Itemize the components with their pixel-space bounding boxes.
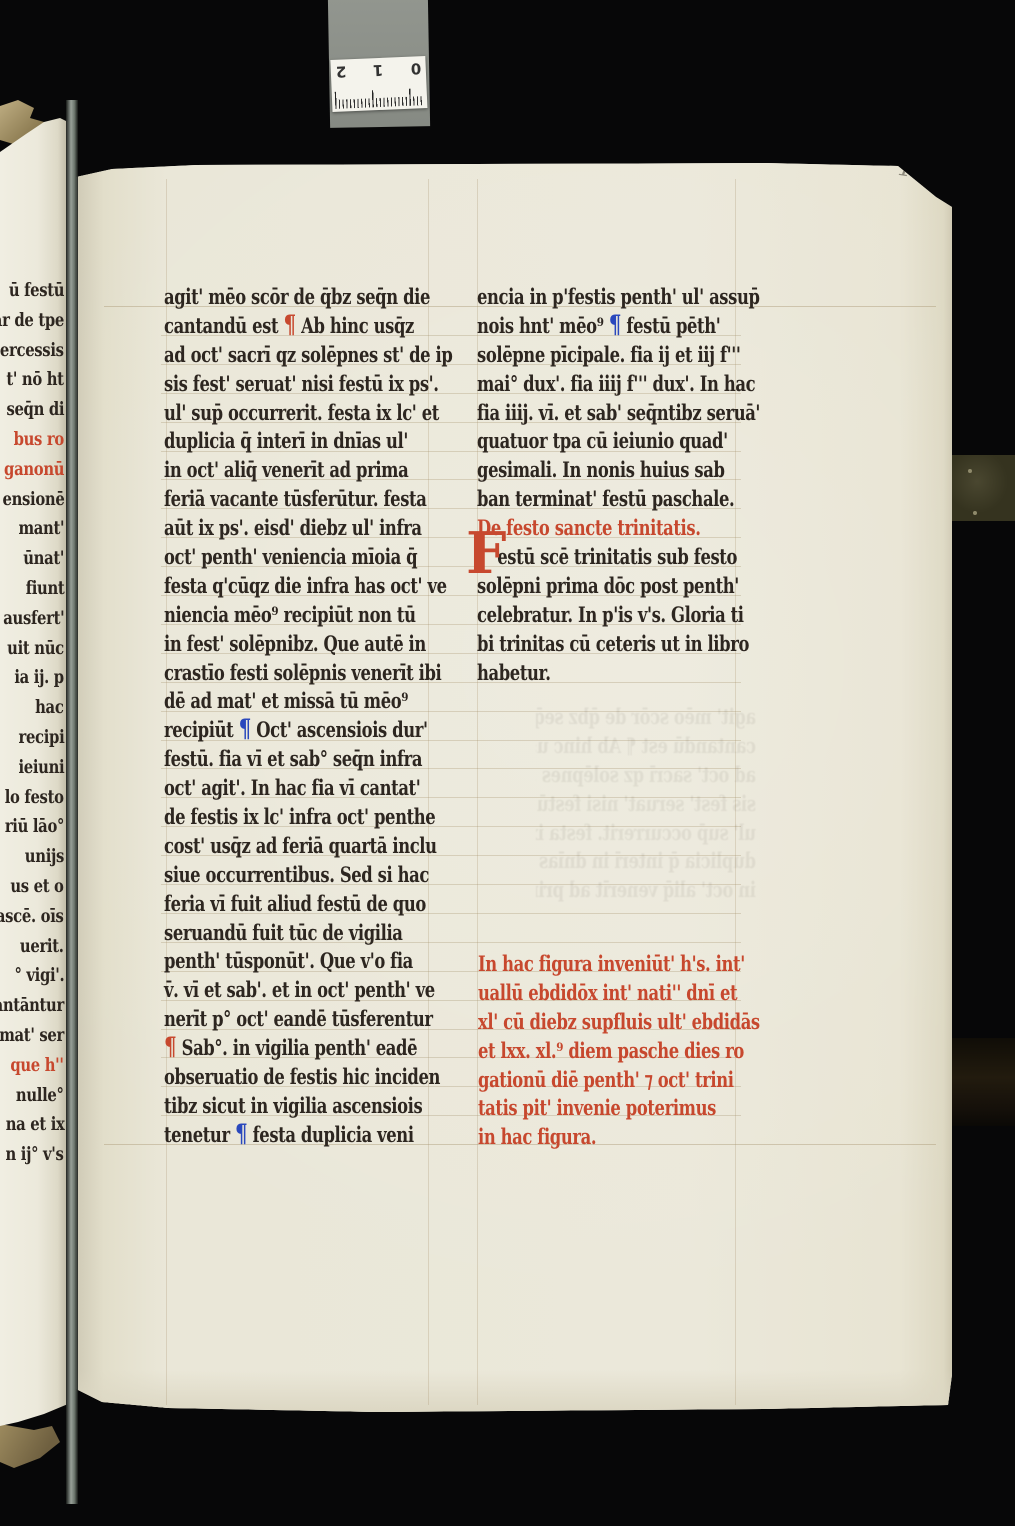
text-line: crastīo festi solēpnis venerīt ibi	[164, 659, 452, 688]
text-run: penth' tūsponūt'. Que v'o fia	[164, 948, 413, 973]
text-line: solēpni prima dōc post penth'	[477, 572, 760, 601]
text-line: obseruatio de festis hic inciden	[164, 1063, 452, 1092]
facing-page-edge: ū festūar de tpeercessist' nō htseq̄n di…	[0, 104, 68, 1436]
text-line: ū festū	[0, 276, 66, 306]
text-line: siue occurrentibus. Sed si hac	[164, 861, 452, 890]
binding-clasp-upper	[952, 455, 1015, 521]
bleed-through-line: agit' mēo scōr de q̄bz seq̄n die	[536, 703, 756, 732]
text-line: dē ad mat' et missā tū mēo⁹	[164, 687, 452, 716]
text-line: in hac figura.	[478, 1123, 760, 1152]
text-run: niencia mēo⁹ recipiūt non tū	[164, 602, 416, 627]
text-run: ausfert'	[3, 604, 64, 634]
text-run: quatuor tpa cū ieiunio quad'	[477, 428, 728, 453]
text-line: ūnat'	[0, 544, 66, 574]
text-line: aūt ix ps'. eisd' diebz ul' infra	[164, 514, 452, 543]
text-line: tatis pit' invenie poterimus	[478, 1094, 760, 1123]
text-line: na et ix	[0, 1110, 66, 1140]
bleed-through-line: ad oct' sacrī qz solēpnes st' de ip	[536, 761, 756, 790]
text-line: in oct' aliq̄ venerīt ad prima	[164, 456, 452, 485]
text-line: solēpne pīcipale. fia ij et iij f'''	[477, 341, 760, 370]
text-run: xl' cū diebz supfluis ult' ebdidās	[478, 1009, 760, 1034]
text-line: celebratur. In p'is v's. Gloria ti	[477, 601, 760, 630]
text-run: in fest' solēpnibz. Que autē in	[164, 631, 426, 656]
text-run: uerit.	[20, 932, 64, 962]
text-line: et lxx. xl.⁹ diem pasche dies ro	[478, 1037, 760, 1066]
text-line: ercessis	[0, 336, 66, 366]
text-run: Sab°. in vigilia penth' eadē	[176, 1035, 417, 1060]
text-line: recipi	[0, 723, 66, 753]
text-run: celebratur. In p'is v's. Gloria ti	[477, 602, 744, 627]
text-run: uallū ebdidōx int' nati'' dnī et	[478, 980, 737, 1005]
text-run: habetur.	[477, 660, 551, 685]
text-run: Oct' ascensiois dur'	[251, 717, 428, 742]
text-run: gesimali. In nonis huius sab	[477, 457, 725, 482]
text-run: dē ad mat' et missā tū mēo⁹	[164, 688, 408, 713]
grey-reference-card: 2 1 0	[328, 0, 430, 128]
text-line: in fest' solēpnibz. Que autē in	[164, 630, 452, 659]
text-line: n ij° v's	[0, 1140, 66, 1170]
text-line: de festis ix lc' infra oct' penthe	[164, 803, 452, 832]
text-run: ūnat'	[23, 544, 64, 574]
text-line: oct' agit'. In hac fia vī cantat'	[164, 774, 452, 803]
text-line: recipiūt ¶ Oct' ascensiois dur'	[164, 716, 452, 745]
text-line: niencia mēo⁹ recipiūt non tū	[164, 601, 452, 630]
bleed-through-line: in oct' aliq̄ venerīt ad prima	[536, 876, 756, 905]
text-line: ¶ Sab°. in vigilia penth' eadē	[164, 1034, 452, 1063]
text-line: habetur.	[477, 659, 760, 688]
text-line: festū. fia vī et sab° seq̄n infra	[164, 745, 452, 774]
text-line: festa q'cūqz die infra has oct' ve	[164, 572, 452, 601]
text-run: ieiuni	[18, 753, 64, 783]
rivet-icon	[968, 469, 972, 473]
text-run: solēpni prima dōc post penth'	[477, 573, 739, 598]
facing-page-text-fragments: ū festūar de tpeercessist' nō htseq̄n di…	[0, 276, 66, 1170]
blue-paraph-icon: ¶	[239, 714, 251, 744]
text-line: De festo sancte trinitatis.	[477, 514, 760, 543]
text-line: seruandū fuit tūc de vigilia	[164, 919, 452, 948]
text-run: feria vī fuit aliud festū de quo	[164, 891, 426, 916]
text-run: ar de tpe	[0, 306, 64, 336]
text-run: ban terminat' festū paschale.	[477, 486, 734, 511]
text-run: De festo sancte trinitatis.	[477, 515, 701, 540]
text-run: seruandū fuit tūc de vigilia	[164, 920, 403, 945]
text-run: aūt ix ps'. eisd' diebz ul' infra	[164, 515, 422, 540]
text-line: unijs	[0, 842, 66, 872]
text-line: cost' usq̄z ad feriā quartā inclu	[164, 832, 452, 861]
text-line: mant'	[0, 514, 66, 544]
ruler-number-0: 0	[410, 59, 421, 77]
text-run: riū lāo°	[5, 812, 64, 842]
text-line: estū scē trinitatis sub festo	[477, 543, 760, 572]
text-run: estū scē trinitatis sub festo	[497, 544, 737, 569]
text-line: seq̄n di	[0, 395, 66, 425]
text-run: cost' usq̄z ad feriā quartā inclu	[164, 833, 437, 858]
text-line: ausfert'	[0, 604, 66, 634]
text-run: antāntur	[0, 991, 64, 1021]
ruler-number-1: 1	[373, 61, 384, 79]
text-line: ar de tpe	[0, 306, 66, 336]
text-line: ° vigi'.	[0, 961, 66, 991]
text-line: nulle°	[0, 1081, 66, 1111]
text-line: tibz sicut in vigilia ascensiois	[164, 1092, 452, 1121]
text-run: solēpne pīcipale. fia ij et iij f'''	[477, 342, 741, 367]
text-line: cantandū est ¶ Ab hinc usq̄z	[164, 312, 452, 341]
red-paraph-icon: ¶	[164, 1032, 176, 1062]
text-run: lo festo	[5, 783, 64, 813]
text-run: uit nūc	[7, 634, 64, 664]
text-line: mat' ser	[0, 1021, 66, 1051]
text-run: recipi	[18, 723, 64, 753]
text-line: ascē. oīs	[0, 902, 66, 932]
text-run: oct' penth' veniencia mīoia q̄	[164, 544, 417, 569]
text-run: ensionē	[2, 485, 64, 515]
text-line: sis fest' seruat' nisi festū ix ps'.	[164, 370, 452, 399]
text-line: ul' sup̄ occurrerit. festa ix lc' et	[164, 399, 452, 428]
text-line: fia iiij. vī. et sab' seq̄ntibz seruā'	[477, 399, 760, 428]
text-line: que h''	[0, 1051, 66, 1081]
text-line: us et o	[0, 872, 66, 902]
text-line: ban terminat' festū paschale.	[477, 485, 760, 514]
text-run: que h''	[11, 1051, 64, 1081]
decorated-initial: F	[466, 525, 506, 582]
text-line: bus ro	[0, 425, 66, 455]
text-line: oct' penth' veniencia mīoia q̄	[164, 543, 452, 572]
text-line: ganonū	[0, 455, 66, 485]
text-line: antāntur	[0, 991, 66, 1021]
book-edge-fragment	[0, 1424, 60, 1472]
text-run: bi trinitas cū ceteris ut in libro	[477, 631, 749, 656]
text-line: ieiuni	[0, 753, 66, 783]
text-line: t' nō ht	[0, 365, 66, 395]
text-line: gationū diē penth' ⁊ oct' trini	[478, 1066, 760, 1095]
text-line: hac	[0, 693, 66, 723]
text-line: encia in p'festis penth' ul' assup̄	[477, 283, 760, 312]
text-run: feriā vacante tūsferūtur. festa	[164, 486, 426, 511]
text-line: nerīt p° oct' eandē tūsferentur	[164, 1005, 452, 1034]
text-run: in hac figura.	[478, 1124, 596, 1149]
text-line: feriā vacante tūsferūtur. festa	[164, 485, 452, 514]
text-line: feria vī fuit aliud festū de quo	[164, 890, 452, 919]
bleed-through-line: ul' sup̄ occurrerit. festa ix lc' et	[536, 819, 756, 848]
manuscript-page: agit' mēo scōr de q̄bz seq̄n diecantandū…	[76, 163, 952, 1412]
gutter-rod	[66, 100, 78, 1504]
red-rubric-note: In hac figura inveniūt' h's. int'uallū e…	[478, 950, 839, 1152]
bleed-through-line: cantandū est ¶ Ab hinc usq̄z	[536, 732, 756, 761]
text-run: Ab hinc usq̄z	[296, 313, 414, 338]
text-run: festa duplicia veni	[247, 1122, 413, 1147]
text-run: ad oct' sacrī qz solēpnes st' de ip	[164, 342, 452, 367]
text-run: tenetur	[164, 1122, 235, 1147]
text-run: mai° dux'. fia iiij f''' dux'. In hac	[477, 371, 755, 396]
rivet-icon	[973, 511, 977, 515]
text-run: fiunt	[25, 574, 64, 604]
text-line: ensionē	[0, 485, 66, 515]
text-run: crastīo festi solēpnis venerīt ibi	[164, 660, 441, 685]
folio-number: 17	[896, 155, 929, 185]
blue-paraph-icon: ¶	[609, 310, 621, 340]
text-line: uallū ebdidōx int' nati'' dnī et	[478, 979, 760, 1008]
text-line: uerit.	[0, 932, 66, 962]
text-line: ad oct' sacrī qz solēpnes st' de ip	[164, 341, 452, 370]
text-run: recipiūt	[164, 717, 239, 742]
text-run: v̄. vī et sab'. et in oct' penth' ve	[164, 977, 435, 1002]
text-run: gationū diē penth' ⁊ oct' trini	[478, 1067, 734, 1092]
text-run: n ij° v's	[6, 1140, 64, 1170]
cm-ruler: 2 1 0	[330, 56, 427, 112]
text-run: unijs	[25, 842, 64, 872]
text-run: seq̄n di	[6, 395, 64, 425]
text-line: uit nūc	[0, 634, 66, 664]
text-run: festa q'cūqz die infra has oct' ve	[164, 573, 447, 598]
ruler-number-2: 2	[335, 62, 346, 80]
text-line: lo festo	[0, 783, 66, 813]
text-line: duplicia q̄ interī in dnīas ul'	[164, 427, 452, 456]
text-run: oct' agit'. In hac fia vī cantat'	[164, 775, 420, 800]
text-run: t' nō ht	[7, 365, 64, 395]
text-run: In hac figura inveniūt' h's. int'	[478, 951, 745, 976]
text-line: ia ij. p	[0, 663, 66, 693]
text-run: festū. fia vī et sab° seq̄n infra	[164, 746, 422, 771]
text-run: nerīt p° oct' eandē tūsferentur	[164, 1006, 433, 1031]
photograph-canvas: 2 1 0 ū festūar de tpeercessist' nō htse…	[0, 0, 1015, 1526]
text-run: ia ij. p	[15, 663, 64, 693]
text-run: us et o	[11, 872, 64, 902]
text-line: quatuor tpa cū ieiunio quad'	[477, 427, 760, 456]
text-run: mat' ser	[0, 1021, 64, 1051]
text-line: v̄. vī et sab'. et in oct' penth' ve	[164, 976, 452, 1005]
ruler-scale-numbers: 2 1 0	[335, 59, 421, 81]
text-run: siue occurrentibus. Sed si hac	[164, 862, 429, 887]
bleed-through-line: sis fest' seruat' nisi festū ix ps'.	[536, 790, 756, 819]
text-column-right: encia in p'festis penth' ul' assup̄nois …	[477, 283, 840, 687]
text-run: obseruatio de festis hic inciden	[164, 1064, 440, 1089]
text-run: nulle°	[16, 1081, 64, 1111]
text-line: mai° dux'. fia iiij f''' dux'. In hac	[477, 370, 760, 399]
text-run: bus ro	[14, 425, 64, 455]
text-run: et lxx. xl.⁹ diem pasche dies ro	[478, 1038, 744, 1063]
text-run: ercessis	[0, 336, 64, 366]
text-line: riū lāo°	[0, 812, 66, 842]
text-run: ul' sup̄ occurrerit. festa ix lc' et	[164, 400, 439, 425]
text-run: fia iiij. vī. et sab' seq̄ntibz seruā'	[477, 400, 760, 425]
text-line: xl' cū diebz supfluis ult' ebdidās	[478, 1008, 760, 1037]
text-run: encia in p'festis penth' ul' assup̄	[477, 284, 760, 309]
text-run: tibz sicut in vigilia ascensiois	[164, 1093, 422, 1118]
text-run: ascē. oīs	[0, 902, 64, 932]
text-line: fiunt	[0, 574, 66, 604]
text-run: de festis ix lc' infra oct' penthe	[164, 804, 435, 829]
binding-clasp-lower	[948, 1038, 1015, 1126]
text-run: hac	[36, 693, 64, 723]
blue-paraph-icon: ¶	[235, 1119, 247, 1149]
text-run: agit' mēo scōr de q̄bz seq̄n die	[164, 284, 430, 309]
text-run: sis fest' seruat' nisi festū ix ps'.	[164, 371, 439, 396]
text-run: cantandū est	[164, 313, 283, 338]
text-run: tatis pit' invenie poterimus	[478, 1095, 716, 1120]
text-line: tenetur ¶ festa duplicia veni	[164, 1121, 452, 1150]
bleed-through-line: duplicia q̄ interī in dnīas ul'	[536, 847, 756, 876]
text-line: bi trinitas cū ceteris ut in libro	[477, 630, 760, 659]
text-line: agit' mēo scōr de q̄bz seq̄n die	[164, 283, 452, 312]
text-run: na et ix	[5, 1110, 64, 1140]
text-run: ū festū	[9, 276, 64, 306]
text-line: nois hnt' mēo⁹ ¶ festū pēth'	[477, 312, 760, 341]
text-line: In hac figura inveniūt' h's. int'	[478, 950, 760, 979]
text-run: duplicia q̄ interī in dnīas ul'	[164, 428, 408, 453]
text-run: in oct' aliq̄ venerīt ad prima	[164, 457, 408, 482]
ruler-tick-marks	[335, 88, 425, 109]
text-line: penth' tūsponūt'. Que v'o fia	[164, 947, 452, 976]
text-run: mant'	[18, 514, 64, 544]
text-line: gesimali. In nonis huius sab	[477, 456, 760, 485]
text-run: festū pēth'	[621, 313, 720, 338]
text-run: ° vigi'.	[14, 961, 64, 991]
red-paraph-icon: ¶	[283, 310, 295, 340]
text-run: nois hnt' mēo⁹	[477, 313, 609, 338]
text-run: ganonū	[4, 455, 64, 485]
